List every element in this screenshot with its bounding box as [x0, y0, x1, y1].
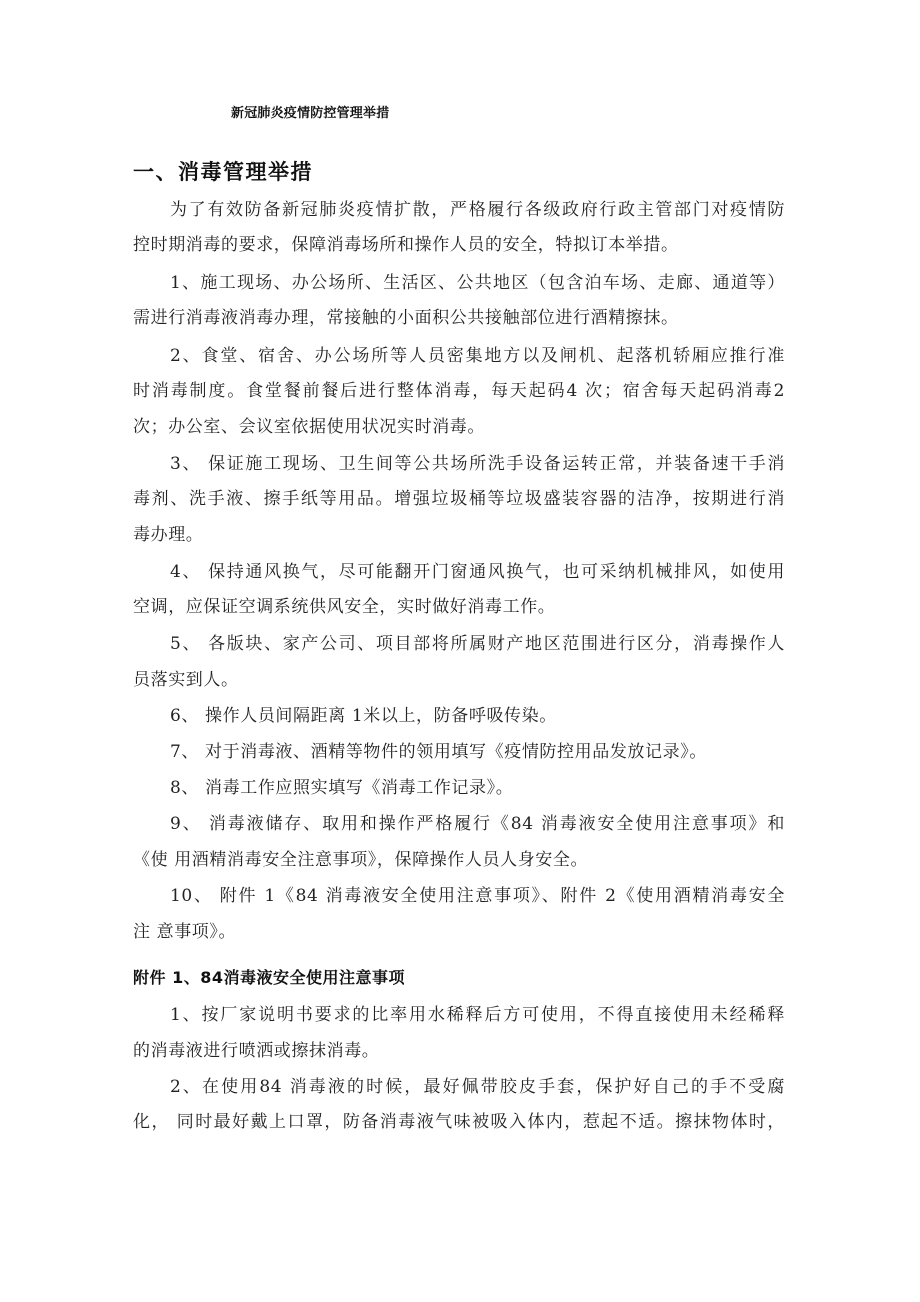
paragraph-line: 5、 各版块、家产公司、项目部将所属财产地区范围进行区分，消毒操作人: [170, 632, 785, 656]
paragraph-line: 9、 消毒液储存、取用和操作严格履行《84 消毒液安全使用注意事项》和: [170, 812, 785, 836]
paragraph-line: 毒剂、洗手液、擦手纸等用品。增强垃圾桶等垃圾盛装容器的洁净，按期进行消: [133, 487, 785, 511]
paragraph-line: 控时期消毒的要求，保障消毒场所和操作人员的安全，特拟订本举措。: [133, 233, 679, 257]
paragraph-line: 8、 消毒工作应照实填写《消毒工作记录》。: [170, 776, 513, 800]
paragraph-line: 3、 保证施工现场、卫生间等公共场所洗手设备运转正常，并装备速干手消: [170, 452, 785, 476]
document-title: 新冠肺炎疫情防控管理举措: [231, 102, 389, 121]
appendix-heading: 附件 1、84消毒液安全使用注意事项: [133, 965, 405, 988]
paragraph-line: 6、 操作人员间隔距离 1米以上，防备呼吸传染。: [170, 704, 557, 728]
paragraph-line: 1、施工现场、办公场所、生活区、公共地区（包含泊车场、走廊、通道等）: [170, 271, 785, 295]
paragraph-line: 1、按厂家说明书要求的比率用水稀释后方可使用，不得直接使用未经稀释: [170, 1003, 785, 1027]
section-heading-disinfection: 一、消毒管理举措: [133, 156, 313, 186]
paragraph-line: 2、在使用84 消毒液的时候，最好佩带胶皮手套，保护好自己的手不受腐: [170, 1075, 785, 1099]
paragraph-line: 4、 保持通风换气，尽可能翻开门窗通风换气，也可采纳机械排风，如使用: [170, 560, 785, 584]
paragraph-line: 时消毒制度。食堂餐前餐后进行整体消毒，每天起码4 次；宿舍每天起码消毒2: [133, 379, 785, 403]
paragraph-line: 次；办公室、会议室依据使用状况实时消毒。: [133, 415, 485, 439]
paragraph-line: 2、食堂、宿舍、办公场所等人员密集地方以及闸机、起落机轿厢应推行准: [170, 344, 785, 368]
paragraph-line: 《使 用酒精消毒安全注意事项》，保障操作人员人身安全。: [133, 848, 588, 872]
paragraph-line: 员落实到人。: [133, 668, 239, 692]
paragraph-line: 为了有效防备新冠肺炎疫情扩散，严格履行各级政府行政主管部门对疫情防: [170, 198, 785, 222]
paragraph-line: 化， 同时最好戴上口罩，防备消毒液气味被吸入体内，惹起不适。擦抹物体时，: [133, 1110, 785, 1134]
paragraph-line: 的消毒液进行喷洒或擦抹消毒。: [133, 1039, 379, 1063]
paragraph-line: 空调，应保证空调系统供风安全，实时做好消毒工作。: [133, 595, 555, 619]
paragraph-line: 7、 对于消毒液、酒精等物件的领用填写《疫情防控用品发放记录》。: [170, 740, 707, 764]
paragraph-line: 需进行消毒液消毒办理，常接触的小面积公共接触部位进行酒精擦抹。: [133, 306, 679, 330]
paragraph-line: 注 意事项》。: [133, 920, 236, 944]
paragraph-line: 10、 附件 1《84 消毒液安全使用注意事项》、附件 2《使用酒精消毒安全: [170, 884, 785, 908]
paragraph-line: 毒办理。: [133, 523, 203, 547]
